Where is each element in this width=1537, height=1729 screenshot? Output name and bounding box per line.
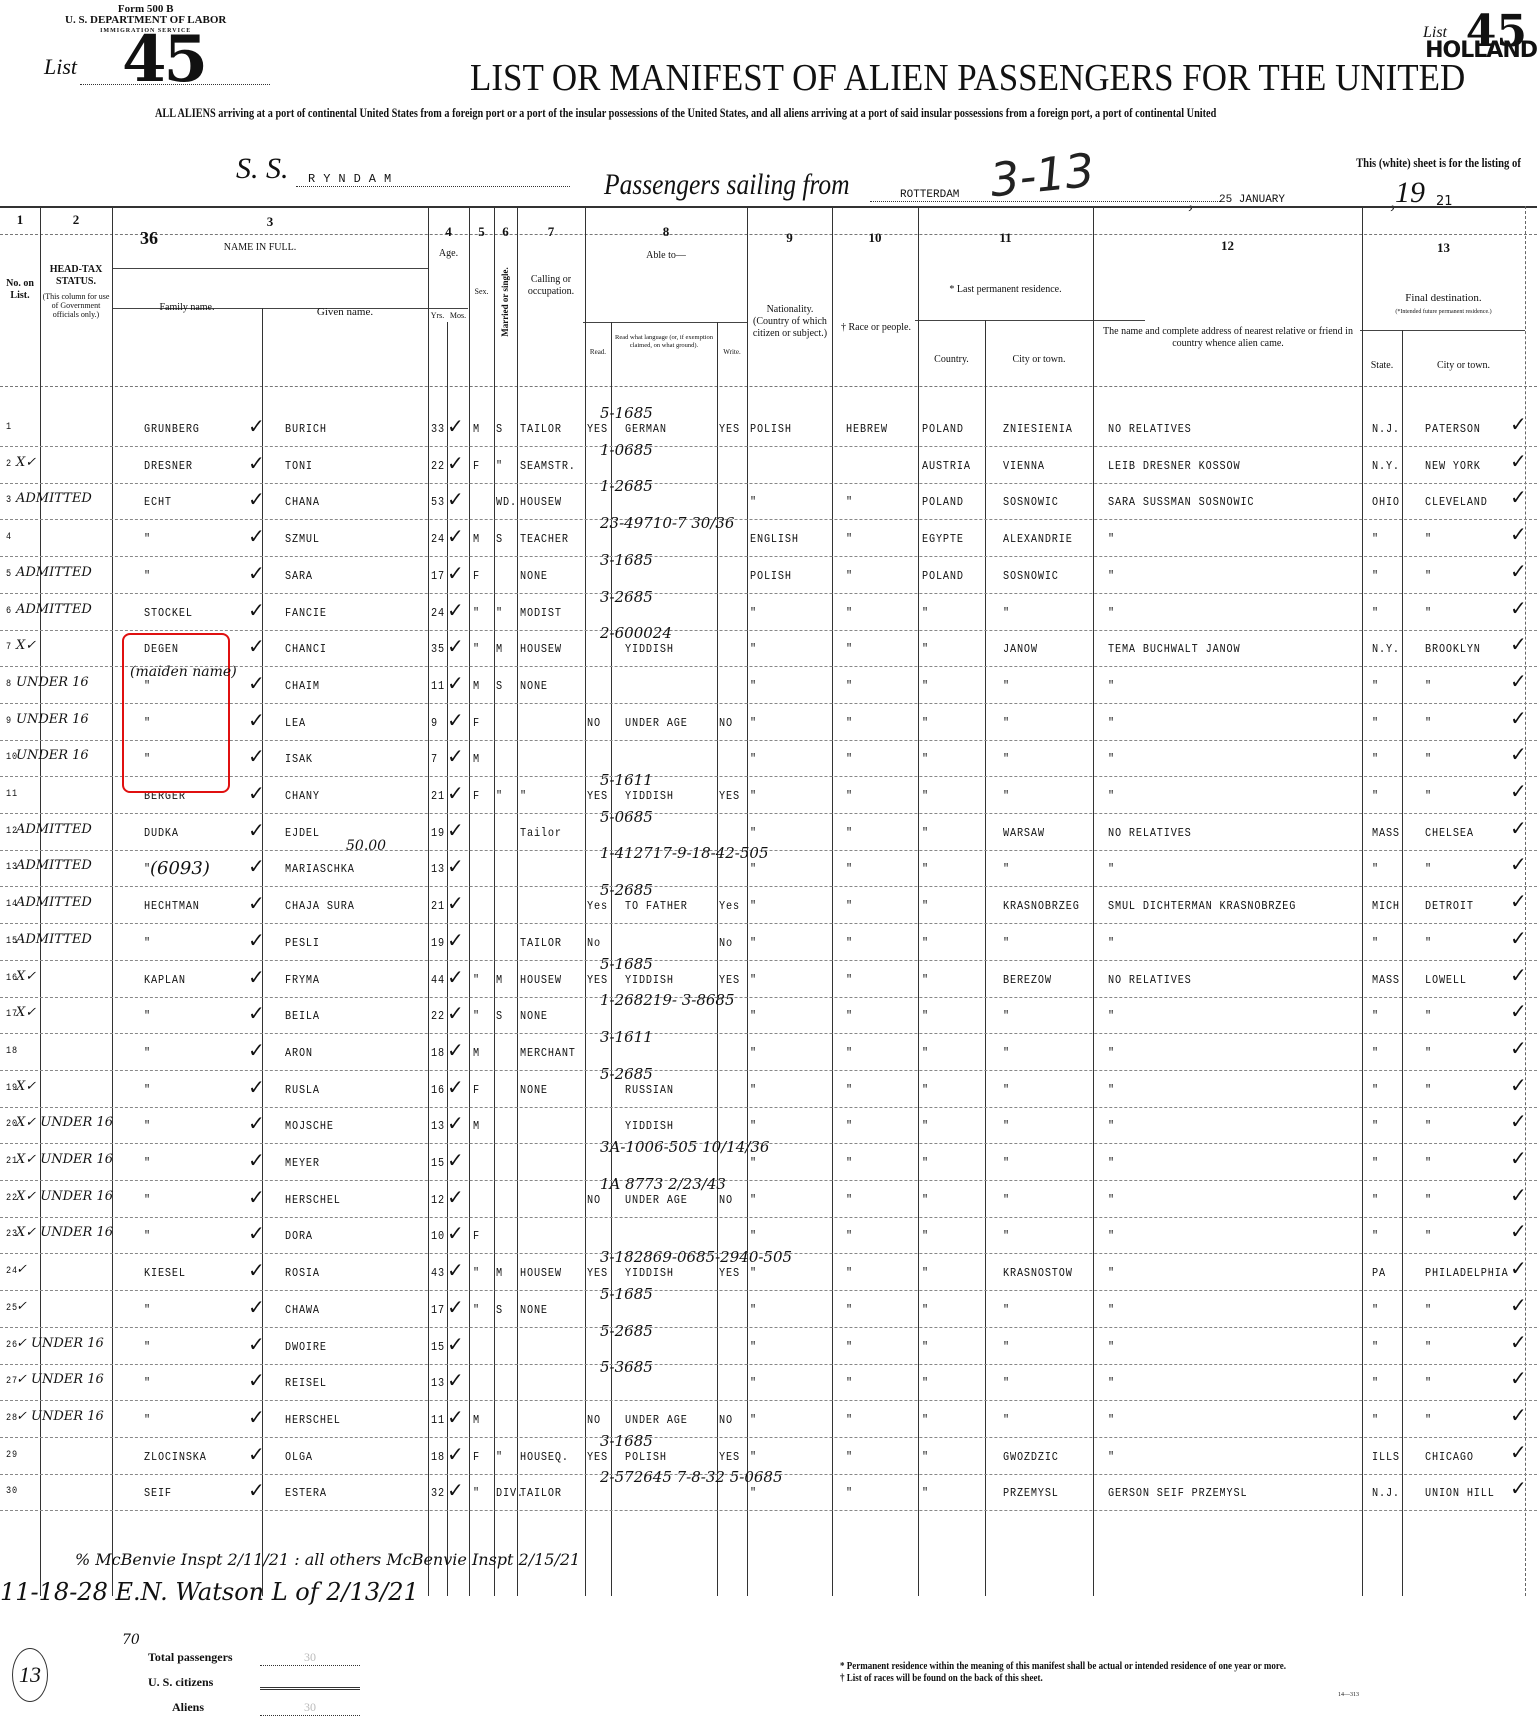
residence-country: " (922, 1340, 929, 1354)
check-icon: ✓ (248, 563, 265, 583)
occupation: TAILOR (520, 1486, 562, 1500)
given-name: OLGA (285, 1450, 313, 1464)
residence-country: " (922, 1009, 929, 1023)
destination-city: " (1425, 1156, 1432, 1170)
nationality: " (750, 1413, 757, 1427)
check-icon: ✓ (447, 636, 464, 656)
sex: " (473, 1266, 480, 1280)
destination-state: " (1372, 1340, 1379, 1354)
nationality: " (750, 1119, 757, 1133)
family-name-header: Family name. (112, 302, 262, 314)
nearest-relative: " (1108, 1193, 1115, 1207)
nearest-relative: " (1108, 1083, 1115, 1097)
given-name: ARON (285, 1046, 313, 1060)
destination-state: MICH (1372, 899, 1400, 913)
check-icon: ✓ (1510, 1111, 1527, 1131)
check-icon: ✓ (1510, 598, 1527, 618)
can-write: YES (719, 789, 740, 803)
subtitle-2: This (white) sheet is for the listing of (1356, 156, 1521, 171)
nearest-relative: " (1108, 1156, 1115, 1170)
destination-state: " (1372, 606, 1379, 620)
rule (0, 386, 1537, 387)
can-write: YES (719, 422, 740, 436)
residence-city: " (1003, 1413, 1010, 1427)
check-icon: ✓ (248, 1444, 265, 1464)
family-name: ZLOCINSKA (144, 1450, 207, 1464)
nationality: " (750, 936, 757, 950)
age-years: 19 (431, 826, 445, 840)
check-icon: ✓ (447, 1150, 464, 1170)
race: " (846, 899, 853, 913)
destination-state: " (1372, 936, 1379, 950)
occupation: NONE (520, 679, 548, 693)
read-header: Read. (585, 346, 611, 358)
check-icon: ✓ (447, 1407, 464, 1427)
destination-city: " (1425, 1229, 1432, 1243)
race: " (846, 679, 853, 693)
residence-city: ALEXANDRIE (1003, 532, 1073, 546)
residence-country: POLAND (922, 569, 964, 583)
check-icon: ✓ (248, 783, 265, 803)
check-icon: ✓ (248, 416, 265, 436)
age-years: 11 (431, 1413, 445, 1427)
check-icon: ✓ (248, 710, 265, 730)
residence-city: " (1003, 1046, 1010, 1060)
handwritten-annotation: 5-3685 (600, 1358, 653, 1376)
group-number: 36 (124, 232, 174, 244)
age-years: 32 (431, 1486, 445, 1500)
head-tax-status: ADMITTED (16, 491, 92, 506)
nearest-relative: " (1108, 606, 1115, 620)
read-language: UNDER AGE (625, 1413, 688, 1427)
occupation: TAILOR (520, 422, 562, 436)
age-years: 21 (431, 789, 445, 803)
residence-country: " (922, 1303, 929, 1317)
nationality: " (750, 642, 757, 656)
family-name: " (144, 1340, 151, 1354)
destination-state: OHIO (1372, 495, 1400, 509)
table-row: 6 ADMITTED STOCKEL ✓ FANCIE 24 ✓ " " MOD… (0, 594, 1537, 631)
occupation: Tailor (520, 826, 562, 840)
can-write: Yes (719, 899, 740, 913)
check-icon: ✓ (1510, 1075, 1527, 1095)
row-number: 4 (6, 532, 12, 543)
nearest-relative: " (1108, 1119, 1115, 1133)
race: " (846, 642, 853, 656)
sex: F (473, 789, 480, 803)
row-number: 5 (6, 569, 12, 580)
nearest-relative: SARA SUSSMAN SOSNOWIC (1108, 495, 1254, 509)
marital-status: " (496, 459, 503, 473)
total-passengers-value: 30 (260, 1650, 360, 1666)
marital-status: M (496, 973, 503, 987)
destination-city: " (1425, 936, 1432, 950)
age-years: 9 (431, 716, 438, 730)
check-icon: ✓ (447, 563, 464, 583)
check-icon: ✓ (447, 1223, 464, 1243)
age-years: 13 (431, 1119, 445, 1133)
table-row: 9 UNDER 16 " ✓ LEA 9 ✓ F NO UNDER AGE NO… (0, 704, 1537, 741)
col-num-3: 3 (112, 216, 428, 228)
nearest-relative: " (1108, 1303, 1115, 1317)
head-tax-status: ✓ (16, 1299, 27, 1314)
col-num-1: 1 (0, 214, 40, 226)
sex-header: Sex. (469, 286, 494, 298)
sex: " (473, 642, 480, 656)
nearest-relative: GERSON SEIF PRZEMYSL (1108, 1486, 1247, 1500)
handwritten-annotation: 5-2685 (600, 1322, 653, 1340)
table-row: 13 ADMITTED " ✓ MARIASCHKA 13 ✓ 1-412717… (0, 850, 1537, 887)
age-years: 33 (431, 422, 445, 436)
destination-city: NEW YORK (1425, 459, 1481, 473)
last-residence-header: * Last permanent residence. (918, 284, 1093, 296)
col-num-11: 11 (918, 232, 1093, 244)
yrs-header: Yrs. (428, 310, 447, 322)
handwritten-annotation: 3A-1006-505 10/14/36 (600, 1138, 769, 1156)
check-icon: ✓ (447, 489, 464, 509)
residence-country: AUSTRIA (922, 459, 971, 473)
check-icon: ✓ (447, 967, 464, 987)
table-row: 27 ✓ UNDER 16 " ✓ REISEL 13 ✓ 5-3685 " "… (0, 1364, 1537, 1401)
check-icon: ✓ (248, 1150, 265, 1170)
nationality: " (750, 1156, 757, 1170)
check-icon: ✓ (1510, 1001, 1527, 1021)
given-name: CHANCI (285, 642, 327, 656)
family-name: " (144, 532, 151, 546)
nearest-relative: " (1108, 752, 1115, 766)
check-icon: ✓ (1510, 965, 1527, 985)
state-header: State. (1362, 360, 1402, 372)
residence-city: PRZEMYSL (1003, 1486, 1059, 1500)
given-name-header: Given name. (262, 306, 428, 318)
race: " (846, 1303, 853, 1317)
table-row: 12 ADMITTED DUDKA ✓ EJDEL 19 ✓ Tailor 5-… (0, 814, 1537, 851)
residence-country: POLAND (922, 495, 964, 509)
age-years: 18 (431, 1046, 445, 1060)
nearest-relative: " (1108, 1340, 1115, 1354)
check-icon: ✓ (248, 746, 265, 766)
col-num-7: 7 (517, 226, 585, 238)
handwritten-annotation: 2-600024 (600, 624, 672, 642)
handwritten-annotation: 1A 8773 2/23/43 (600, 1175, 726, 1193)
occupation: HOUSEW (520, 642, 562, 656)
residence-city: SOSNOWIC (1003, 495, 1059, 509)
given-name: HERSCHEL (285, 1413, 341, 1427)
nationality: " (750, 826, 757, 840)
check-icon: ✓ (447, 600, 464, 620)
destination-state: " (1372, 716, 1379, 730)
check-icon: ✓ (447, 673, 464, 693)
read-what-header: Read what language (or, if exemption cla… (613, 334, 715, 350)
check-icon: ✓ (1510, 1258, 1527, 1278)
sex: M (473, 1119, 480, 1133)
head-tax-status: X✓ UNDER 16 (16, 1115, 113, 1130)
check-icon: ✓ (447, 930, 464, 950)
age-years: 24 (431, 532, 445, 546)
destination-state: N.J. (1372, 422, 1400, 436)
residence-city: " (1003, 1083, 1010, 1097)
residence-country: " (922, 1376, 929, 1390)
age-years: 11 (431, 679, 445, 693)
residence-city: GWOZDZIC (1003, 1450, 1059, 1464)
destination-city: " (1425, 1340, 1432, 1354)
table-row: 16 X✓ KAPLAN ✓ FRYMA 44 ✓ " M HOUSEW YES… (0, 961, 1537, 998)
destination-state: " (1372, 1046, 1379, 1060)
race: " (846, 973, 853, 987)
table-row: 30 SEIF ✓ ESTERA 32 ✓ " DIV. TAILOR 2-57… (0, 1474, 1537, 1511)
occupation: SEAMSTR. (520, 459, 576, 473)
table-row: 22 X✓ UNDER 16 " ✓ HERSCHEL 12 ✓ NO UNDE… (0, 1181, 1537, 1218)
check-icon: ✓ (447, 783, 464, 803)
check-icon: ✓ (1510, 1038, 1527, 1058)
table-row: 28 ✓ UNDER 16 " ✓ HERSCHEL 11 ✓ M NO UND… (0, 1401, 1537, 1438)
nearest-relative: NO RELATIVES (1108, 973, 1192, 987)
check-icon: ✓ (447, 856, 464, 876)
head-tax-status: X✓ (16, 1079, 36, 1094)
ejdel-note: 50.00 (346, 838, 386, 854)
check-icon: ✓ (248, 673, 265, 693)
head-tax-status: ✓ UNDER 16 (16, 1336, 104, 1351)
rule (112, 268, 428, 269)
nationality: " (750, 1303, 757, 1317)
given-name: FANCIE (285, 606, 327, 620)
table-row: 2 X✓ DRESNER ✓ TONI 22 ✓ F " SEAMSTR. 1-… (0, 447, 1537, 484)
check-icon: ✓ (248, 1187, 265, 1207)
col-num-2: 2 (40, 214, 112, 226)
race-header: † Race or people. (834, 322, 918, 334)
read-language: POLISH (625, 1450, 667, 1464)
list-number: 45 (122, 22, 205, 97)
destination-city: LOWELL (1425, 973, 1467, 987)
nearest-relative: " (1108, 1376, 1115, 1390)
head-tax-status: ADMITTED (16, 822, 92, 837)
age-years: 15 (431, 1156, 445, 1170)
race: " (846, 1009, 853, 1023)
handwritten-annotation: 5-2685 (600, 881, 653, 899)
race: " (846, 826, 853, 840)
nationality-header: Nationality. (Country of which citizen o… (749, 304, 831, 340)
marital-status: S (496, 679, 503, 693)
handwritten-annotation: 5-1685 (600, 955, 653, 973)
table-row: 11 BERGER ✓ CHANY 21 ✓ F " " YES YIDDISH… (0, 777, 1537, 814)
destination-city: CHELSEA (1425, 826, 1474, 840)
destination-city: PATERSON (1425, 422, 1481, 436)
marital-status: S (496, 532, 503, 546)
marital-status: WD. (496, 495, 517, 509)
destination-state: MASS (1372, 973, 1400, 987)
ship-name: RYNDAM (296, 172, 570, 187)
row-number: 29 (6, 1450, 18, 1461)
can-read: YES (587, 973, 608, 987)
col-num-9: 9 (747, 232, 832, 244)
nearest-relative: " (1108, 1229, 1115, 1243)
marital-status: " (496, 606, 503, 620)
residence-country: " (922, 826, 929, 840)
sex: " (473, 1009, 480, 1023)
nearest-relative: " (1108, 1450, 1115, 1464)
nationality: " (750, 1450, 757, 1464)
occupation: " (520, 789, 527, 803)
row-number: 30 (6, 1486, 18, 1497)
check-icon: ✓ (1510, 671, 1527, 691)
check-icon: ✓ (1510, 928, 1527, 948)
table-row: 26 ✓ UNDER 16 " ✓ DWOIRE 15 ✓ 5-2685 " "… (0, 1328, 1537, 1365)
can-read: Yes (587, 899, 608, 913)
us-citizens-label: U. S. citizens (148, 1675, 213, 1690)
footnote-races: † List of races will be found on the bac… (840, 1673, 1043, 1684)
col-num-10: 10 (832, 232, 918, 244)
given-name: BURICH (285, 422, 327, 436)
check-icon: ✓ (1510, 1148, 1527, 1168)
check-icon: ✓ (1510, 1295, 1527, 1315)
check-icon: ✓ (1510, 414, 1527, 434)
given-name: MOJSCHE (285, 1119, 334, 1133)
check-icon: ✓ (447, 1113, 464, 1133)
age-years: 43 (431, 1266, 445, 1280)
race: " (846, 1046, 853, 1060)
married-header: Married or single. (499, 257, 511, 347)
check-icon: ✓ (1510, 1185, 1527, 1205)
check-icon: ✓ (1510, 451, 1527, 471)
check-icon: ✓ (248, 1297, 265, 1317)
destination-city: " (1425, 1193, 1432, 1207)
occupation: TAILOR (520, 936, 562, 950)
race: " (846, 1229, 853, 1243)
sex: " (473, 1486, 480, 1500)
nearest-relative: SMUL DICHTERMAN KRASNOBRZEG (1108, 899, 1296, 913)
nearest-relative: " (1108, 679, 1115, 693)
can-read: YES (587, 1450, 608, 1464)
nationality: ENGLISH (750, 532, 799, 546)
write-header: Write. (717, 346, 747, 358)
residence-country: " (922, 789, 929, 803)
handwritten-annotation: 5-1611 (600, 771, 653, 789)
sex: F (473, 1229, 480, 1243)
footnote-residence: * Permanent residence within the meaning… (840, 1661, 1286, 1672)
sex: F (473, 716, 480, 730)
check-icon: ✓ (447, 1077, 464, 1097)
handwritten-annotation: 23-49710-7 30/36 (600, 514, 734, 532)
mos-header: Mos. (447, 310, 469, 322)
residence-country: " (922, 606, 929, 620)
residence-country: " (922, 1156, 929, 1170)
nearest-relative: " (1108, 1266, 1115, 1280)
nearest-relative: " (1108, 1046, 1115, 1060)
table-row: 19 X✓ " ✓ RUSLA 16 ✓ F NONE RUSSIAN 5-26… (0, 1071, 1537, 1108)
highlight-box (122, 633, 230, 793)
residence-city: " (1003, 1193, 1010, 1207)
col-num-4: 4 (428, 226, 469, 238)
head-tax-status: ✓ UNDER 16 (16, 1409, 104, 1424)
row-number: 11 (6, 789, 18, 800)
sex: F (473, 459, 480, 473)
destination-state: N.J. (1372, 1486, 1400, 1500)
can-write: YES (719, 1266, 740, 1280)
given-name: LEA (285, 716, 306, 730)
age-header: Age. (428, 248, 469, 260)
residence-city: " (1003, 936, 1010, 950)
hw-70: 70 (122, 1632, 140, 1648)
residence-country: " (922, 752, 929, 766)
subtitle: ALL ALIENS arriving at a port of contine… (155, 106, 1216, 121)
can-write: NO (719, 716, 733, 730)
check-icon: ✓ (447, 1444, 464, 1464)
destination-city: " (1425, 789, 1432, 803)
destination-city: " (1425, 679, 1432, 693)
residence-city: WARSAW (1003, 826, 1045, 840)
can-read: NO (587, 1193, 601, 1207)
degen-note: (maiden name) (130, 664, 237, 680)
residence-city: ZNIESIENIA (1003, 422, 1073, 436)
nearest-relative: " (1108, 569, 1115, 583)
family-name: ECHT (144, 495, 172, 509)
check-icon: ✓ (1510, 524, 1527, 544)
residence-city: " (1003, 716, 1010, 730)
head-tax-status: X✓ (16, 1005, 36, 1020)
age-years: 15 (431, 1340, 445, 1354)
nearest-relative: " (1108, 1413, 1115, 1427)
page-title: LIST OR MANIFEST OF ALIEN PASSENGERS FOR… (470, 56, 1465, 100)
destination-state: PA (1372, 1266, 1386, 1280)
col-num-6: 6 (494, 226, 517, 238)
head-tax-status: ✓ UNDER 16 (16, 1372, 104, 1387)
given-name: SZMUL (285, 532, 320, 546)
occupation: MERCHANT (520, 1046, 576, 1060)
destination-state: " (1372, 1229, 1379, 1243)
check-icon: ✓ (1510, 818, 1527, 838)
marital-status: S (496, 1009, 503, 1023)
table-row: 7 X✓ DEGEN ✓ CHANCI 35 ✓ " M HOUSEW YIDD… (0, 630, 1537, 667)
destination-city: " (1425, 532, 1432, 546)
nationality: " (750, 1083, 757, 1097)
table-row: 18 " ✓ ARON 18 ✓ M MERCHANT 3-1611 " " "… (0, 1034, 1537, 1071)
check-icon: ✓ (248, 1223, 265, 1243)
nationality: " (750, 1486, 757, 1500)
check-icon: ✓ (248, 893, 265, 913)
handwritten-annotation: 3-2685 (600, 588, 653, 606)
check-icon: ✓ (447, 416, 464, 436)
residence-country: " (922, 1266, 929, 1280)
check-icon: ✓ (248, 1480, 265, 1500)
destination-state: " (1372, 1083, 1379, 1097)
check-icon: ✓ (248, 1260, 265, 1280)
destination-city: UNION HILL (1425, 1486, 1495, 1500)
check-icon: ✓ (447, 453, 464, 473)
marital-status: S (496, 1303, 503, 1317)
residence-country: EGYPTE (922, 532, 964, 546)
residence-city: " (1003, 1229, 1010, 1243)
head-tax-status: ✓ (16, 1262, 27, 1277)
check-icon: ✓ (1510, 744, 1527, 764)
handwritten-code: 3-13 (987, 143, 1096, 208)
race: HEBREW (846, 422, 888, 436)
given-name: RUSLA (285, 1083, 320, 1097)
occupation: HOUSEW (520, 495, 562, 509)
family-name: " (144, 1303, 151, 1317)
destination-state: " (1372, 1156, 1379, 1170)
given-name: SARA (285, 569, 313, 583)
race: " (846, 606, 853, 620)
col-num-13: 13 (1362, 242, 1525, 254)
family-name: " (144, 569, 151, 583)
row-number: 2 (6, 459, 12, 470)
check-icon: ✓ (248, 489, 265, 509)
race: " (846, 1119, 853, 1133)
residence-country: " (922, 1413, 929, 1427)
check-icon: ✓ (248, 1077, 265, 1097)
nationality: " (750, 1009, 757, 1023)
family-name: " (144, 1119, 151, 1133)
